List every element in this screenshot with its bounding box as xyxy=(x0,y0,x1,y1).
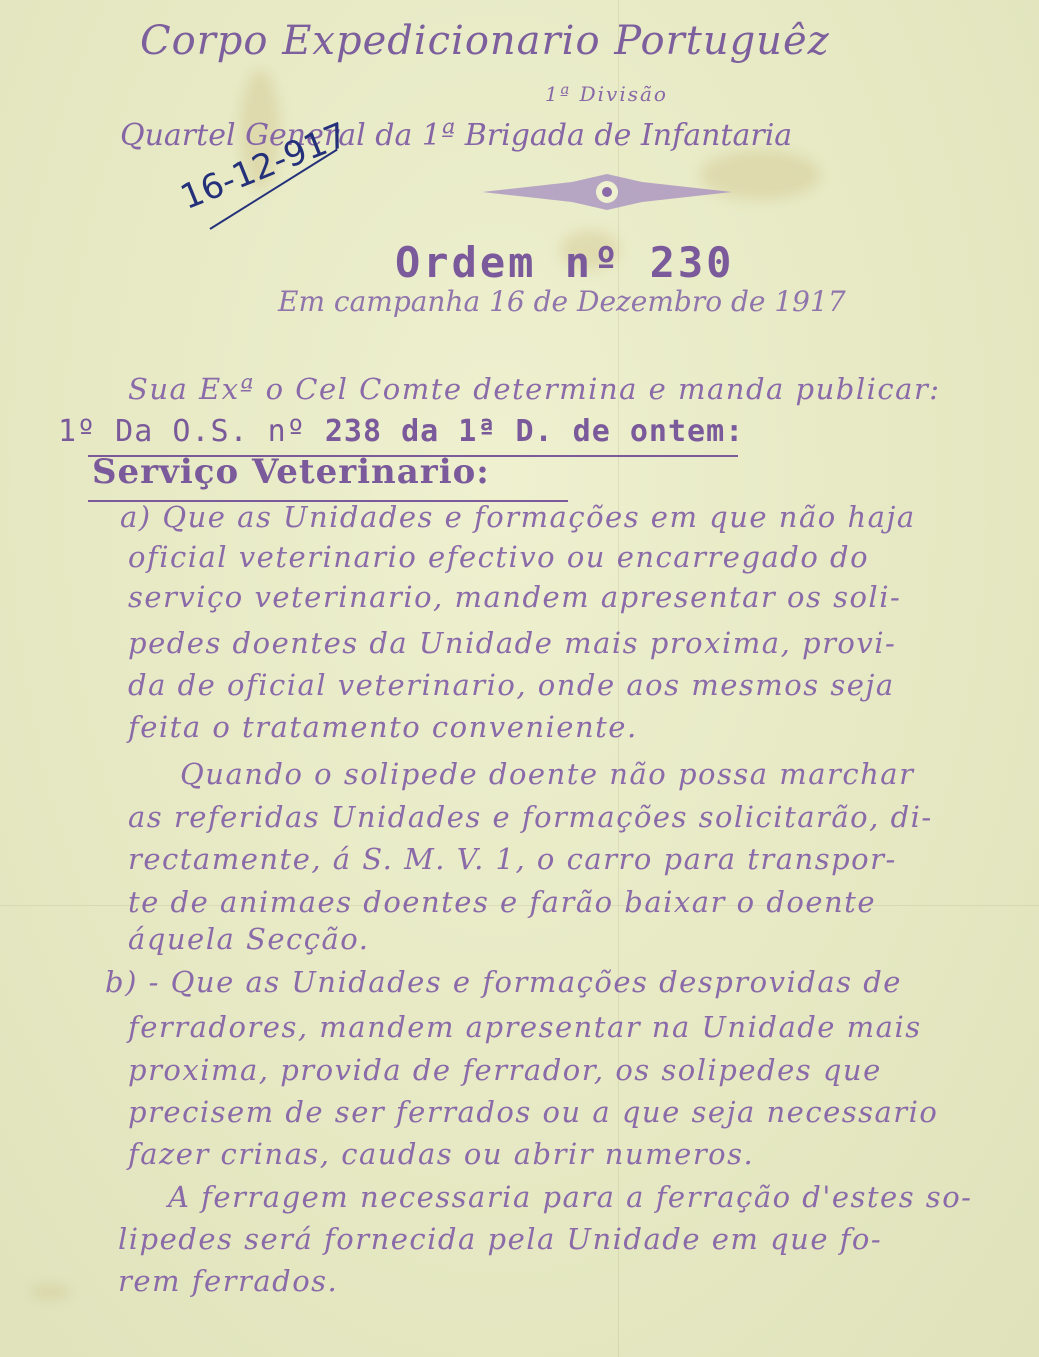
body-line: proxima, provida de ferrador, os soliped… xyxy=(128,1053,882,1087)
body-line: rectamente, á S. M. V. 1, o carro para t… xyxy=(128,842,897,876)
body-line: te de animaes doentes e farão baixar o d… xyxy=(128,885,876,919)
stain xyxy=(30,1285,70,1299)
body-line: fazer crinas, caudas ou abrir numeros. xyxy=(128,1137,754,1171)
body-line: rem ferrados. xyxy=(118,1264,338,1298)
body-line: a) Que as Unidades e formações em que nã… xyxy=(120,500,916,534)
reference-rest: da 1ª D. de ontem: xyxy=(401,414,744,449)
body-line: áquela Secção. xyxy=(128,922,369,956)
reference-line: 1º Da O.S. nº 238 da 1ª D. de ontem: xyxy=(58,414,744,449)
reference-prefix: 1º Da O.S. nº xyxy=(58,414,306,449)
ornament-divider-icon xyxy=(482,172,732,212)
body-line: ferradores, mandem apresentar na Unidade… xyxy=(128,1010,922,1044)
document-page: Corpo Expedicionario Portuguêz 1ª Divisã… xyxy=(0,0,1039,1357)
body-line: feita o tratamento conveniente. xyxy=(128,710,638,744)
order-dateline: Em campanha 16 de Dezembro de 1917 xyxy=(278,285,846,318)
body-line: lipedes será fornecida pela Unidade em q… xyxy=(118,1222,882,1256)
section-title: Serviço Veterinario: xyxy=(92,452,490,492)
headquarters-heading: Quartel General da 1ª Brigada de Infanta… xyxy=(120,118,792,153)
body-line: da de oficial veterinario, onde aos mesm… xyxy=(128,668,895,702)
body-line: oficial veterinario efectivo ou encarreg… xyxy=(128,540,869,574)
preamble: Sua Exª o Cel Comte determina e manda pu… xyxy=(128,372,941,406)
body-line: Quando o solipede doente não possa march… xyxy=(180,757,914,791)
corps-heading: Corpo Expedicionario Portuguêz xyxy=(140,18,830,64)
body-line: A ferragem necessaria para a ferração d'… xyxy=(168,1180,972,1214)
body-line: serviço veterinario, mandem apresentar o… xyxy=(128,580,901,614)
body-line: b) - Que as Unidades e formações desprov… xyxy=(105,965,902,999)
division-heading: 1ª Divisão xyxy=(545,82,668,106)
body-line: as referidas Unidades e formações solici… xyxy=(128,800,933,834)
body-line: precisem de ser ferrados ou a que seja n… xyxy=(128,1095,938,1129)
body-line: pedes doentes da Unidade mais proxima, p… xyxy=(128,626,896,660)
reference-number: 238 xyxy=(325,414,382,449)
order-title: Ordem nº 230 xyxy=(395,238,734,287)
